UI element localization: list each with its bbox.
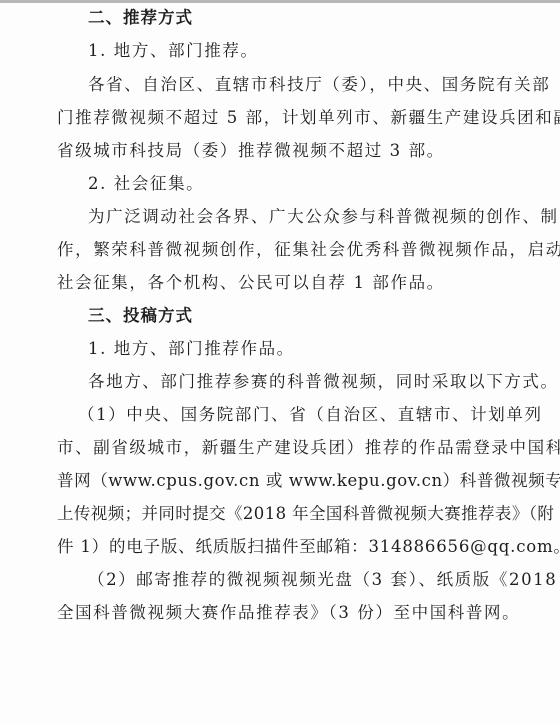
paragraph-line: 市、副省级城市，新疆生产建设兵团）推荐的作品需登录中国科 <box>57 438 477 458</box>
paragraph-line: （2）邮寄推荐的微视频视频光盘（3 套）、纸质版《2018 年 <box>88 570 478 590</box>
subheading: 1. 地方、部门推荐。 <box>88 41 478 61</box>
paragraph-line: 门推荐微视频不超过 5 部，计划单列市、新疆生产建设兵团和副 <box>57 108 477 128</box>
paragraph-line: 件 1）的电子版、纸质版扫描件至邮箱：314886656@qq.com。 <box>57 537 477 557</box>
paragraph-line: 各地方、部门推荐参赛的科普微视频，同时采取以下方式。 <box>88 372 478 392</box>
paragraph-line: 全国科普微视频大赛作品推荐表》（3 份）至中国科普网。 <box>57 603 477 623</box>
paragraph-line: 社会征集，各个机构、公民可以自荐 1 部作品。 <box>57 273 477 293</box>
paragraph-line: 各省、自治区、直辖市科技厅（委），中央、国务院有关部 <box>88 75 478 95</box>
paragraph-line: 上传视频；并同时提交《2018 年全国科普微视频大赛推荐表》（附 <box>57 504 477 524</box>
subheading: 1. 地方、部门推荐作品。 <box>88 339 478 359</box>
paragraph-line: （1）中央、国务院部门、省（自治区、直辖市、计划单列 <box>78 405 478 425</box>
paragraph-line: 省级城市科技局（委）推荐微视频不超过 3 部。 <box>57 141 477 161</box>
subheading: 2. 社会征集。 <box>88 174 478 194</box>
section-heading-3: 三、投稿方式 <box>88 306 478 326</box>
top-border <box>0 0 560 3</box>
paragraph-line: 为广泛调动社会各界、广大公众参与科普微视频的创作、制 <box>88 207 478 227</box>
paragraph-line: 作，繁荣科普微视频创作，征集社会优秀科普微视频作品，启动 <box>57 240 477 260</box>
paragraph-line: 普网（www.cpus.gov.cn 或 www.kepu.gov.cn）科普微… <box>57 471 477 491</box>
section-heading-2: 二、推荐方式 <box>88 8 478 28</box>
